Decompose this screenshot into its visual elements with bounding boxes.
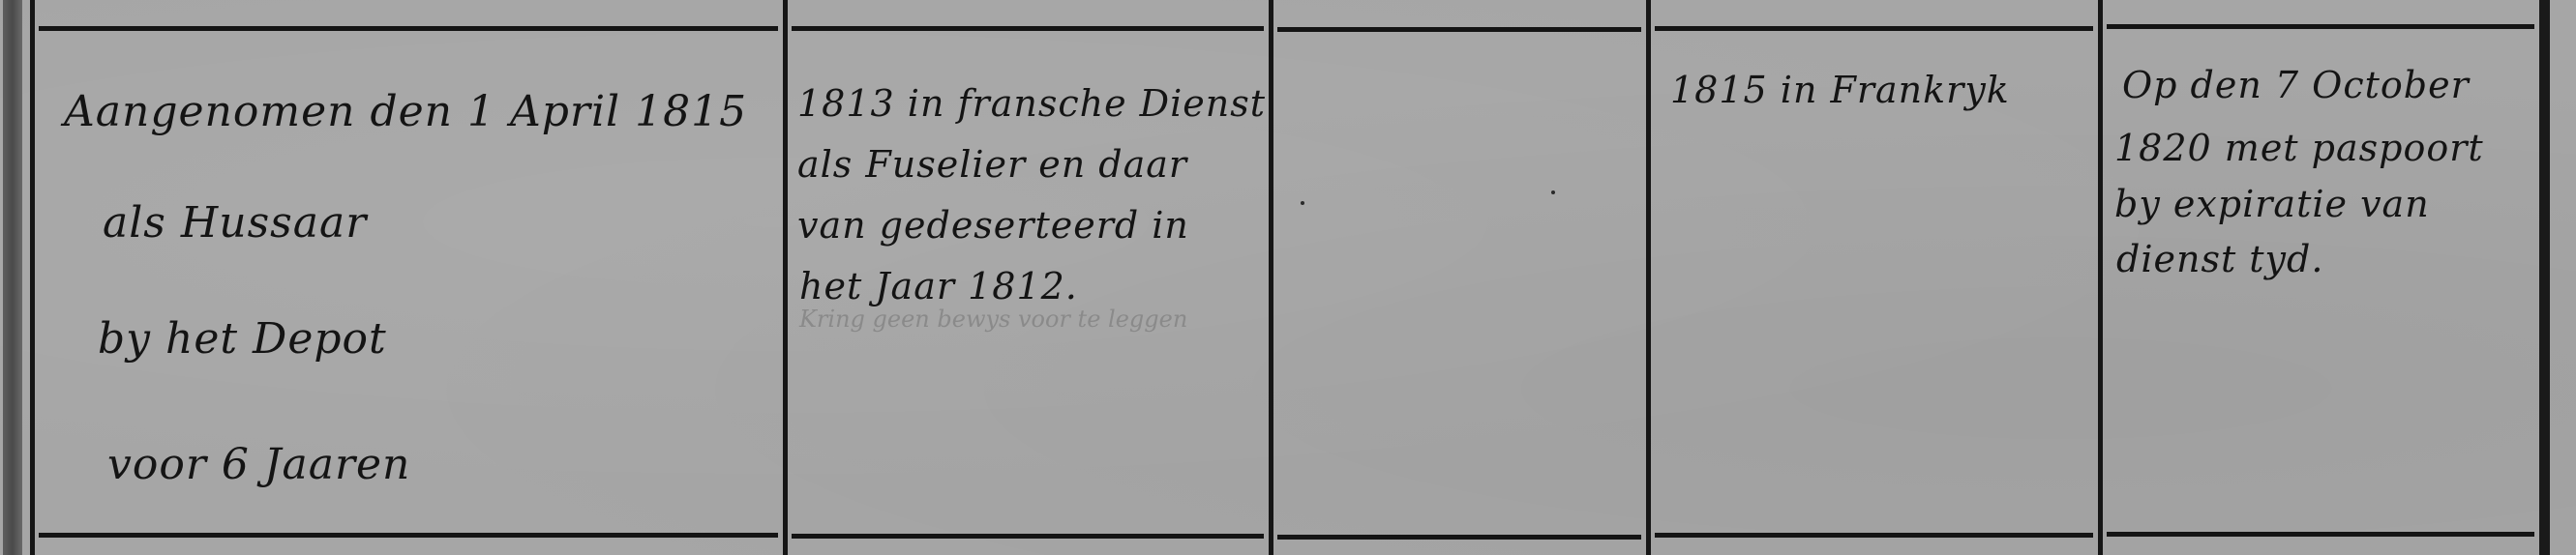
handwritten-line: Aangenomen den 1 April 1815	[64, 91, 747, 133]
handwritten-line: voor 6 Jaaren	[107, 444, 410, 486]
cell-empty	[1273, 33, 1646, 531]
pencil-annotation: Kring geen bewys voor te leggen	[799, 306, 1187, 333]
binding-shadow	[3, 0, 22, 555]
cell-discharge: Op den 7 October 1820 met paspoort by ex…	[2103, 33, 2539, 531]
register-page: Aangenomen den 1 April 1815 als Hussaar …	[0, 0, 2576, 555]
cell-campaigns: 1815 in Frankryk	[1651, 33, 2098, 531]
handwritten-line: als Hussaar	[103, 202, 367, 245]
handwritten-line: by expiratie van	[2114, 186, 2430, 222]
handwritten-line: als Fuselier en daar	[797, 146, 1187, 183]
top-rule-col-1	[39, 26, 778, 31]
bottom-rule-col-2	[792, 534, 1264, 539]
top-rule-col-3	[1277, 27, 1641, 32]
top-rule-col-5	[2107, 24, 2534, 29]
ink-speck	[1551, 190, 1555, 194]
bottom-rule-col-4	[1655, 533, 2093, 538]
handwritten-line: het Jaar 1812.	[799, 268, 1078, 305]
handwritten-line: 1815 in Frankryk	[1670, 72, 2010, 108]
bottom-rule-col-5	[2107, 532, 2534, 537]
handwritten-line: by het Depot	[98, 318, 387, 361]
handwritten-line: dienst tyd.	[2116, 241, 2323, 277]
bottom-rule-col-1	[39, 533, 778, 538]
handwritten-line: van gedeserteerd in	[797, 207, 1189, 244]
column-rule-right-border	[2539, 0, 2550, 555]
cell-enlistment: Aangenomen den 1 April 1815 als Hussaar …	[35, 33, 783, 531]
top-rule-col-2	[792, 26, 1264, 31]
handwritten-line: 1820 met paspoort	[2114, 130, 2484, 166]
handwritten-line: 1813 in fransche Dienst	[797, 85, 1266, 122]
top-rule-col-4	[1655, 26, 2093, 31]
cell-prior-service: 1813 in fransche Dienst als Fuselier en …	[788, 33, 1269, 531]
handwritten-line: Op den 7 October	[2122, 67, 2470, 103]
bottom-rule-col-3	[1277, 535, 1641, 540]
ink-speck	[1301, 201, 1304, 205]
